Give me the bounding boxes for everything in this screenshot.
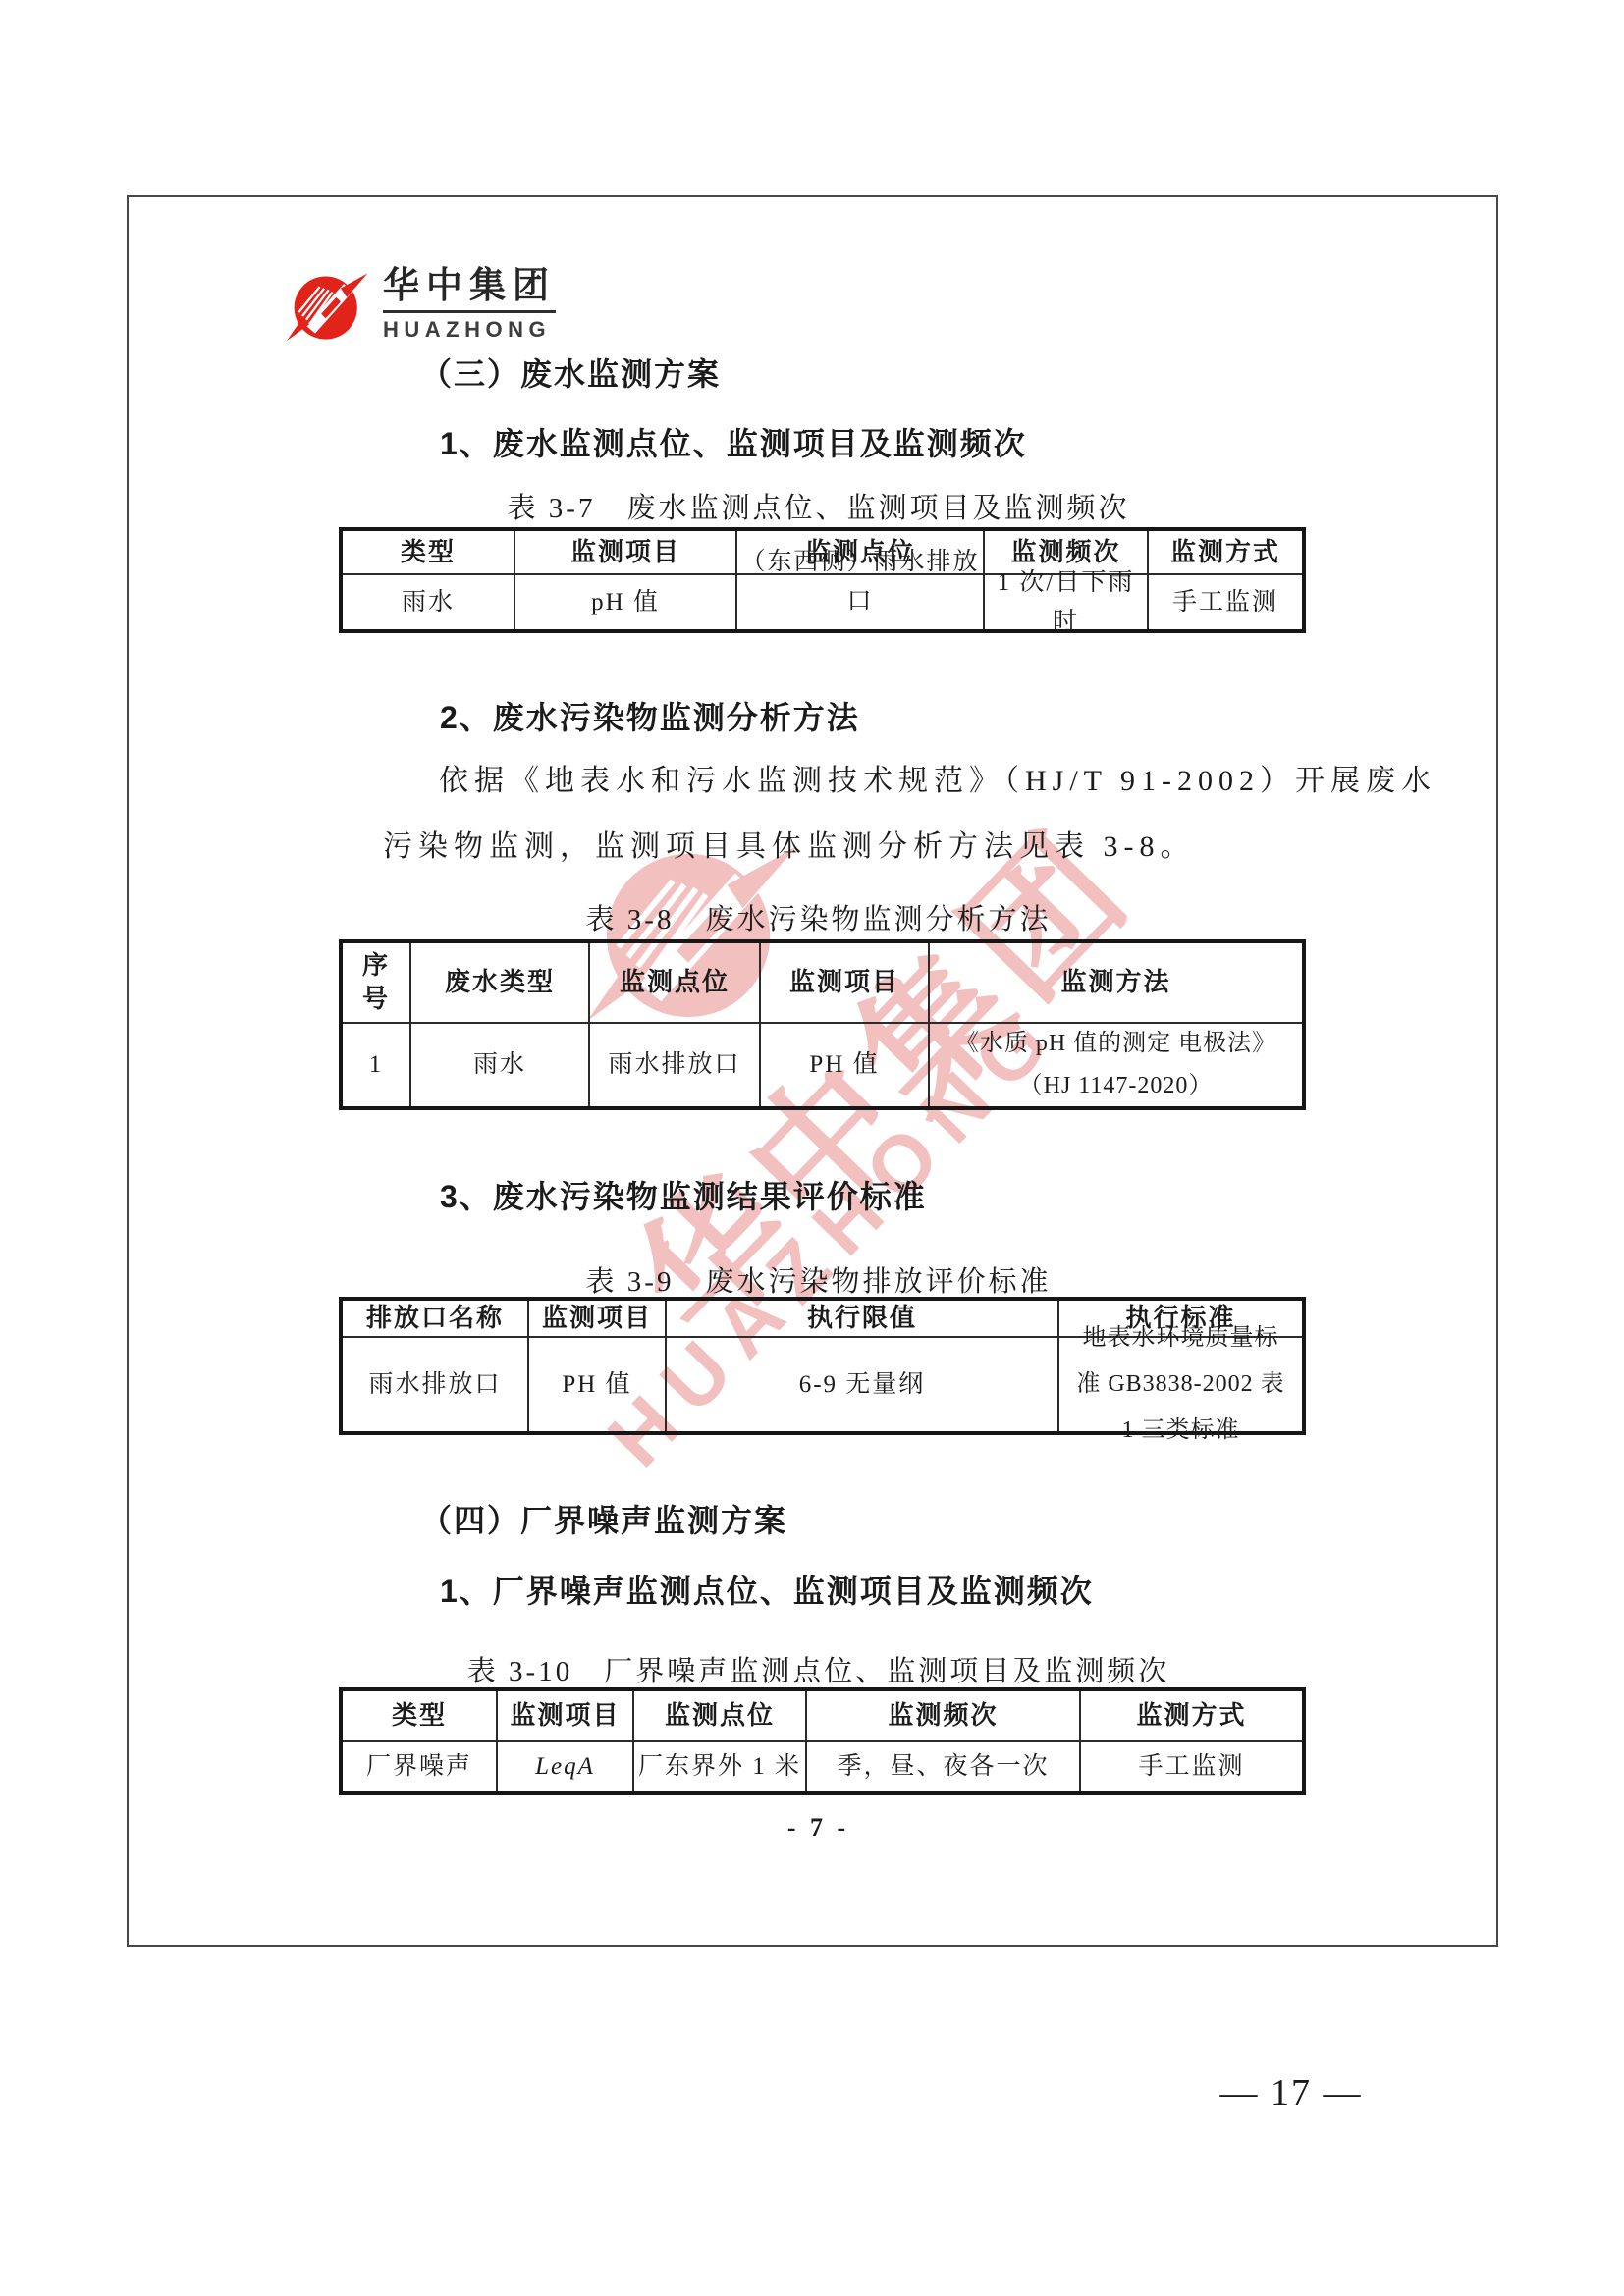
subheading-analysis-method: 2、废水污染物监测分析方法 bbox=[440, 693, 860, 738]
table-3-10-title: 表 3-10 厂界噪声监测点位、监测项目及监测频次 bbox=[339, 1649, 1298, 1689]
subheading-wastewater-points: 1、废水监测点位、监测项目及监测频次 bbox=[440, 419, 1027, 464]
t38-header-wastewater-type: 废水类型 bbox=[411, 943, 590, 1024]
t39-cell-limit: 6-9 无量纲 bbox=[667, 1338, 1059, 1431]
t310-cell-point: 厂东界外 1 米 bbox=[634, 1742, 807, 1791]
table-3-10: 类型 监测项目 监测点位 监测频次 监测方式 厂界噪声 LeqA 厂东界外 1 … bbox=[339, 1687, 1306, 1795]
t39-header-item: 监测项目 bbox=[529, 1301, 667, 1338]
t310-header-frequency: 监测频次 bbox=[807, 1691, 1081, 1742]
document-page-number: - 7 - bbox=[339, 1813, 1298, 1842]
t38-cell-method: 《水质 pH 值的测定 电极法》（HJ 1147-2020） bbox=[930, 1024, 1302, 1106]
t38-header-method: 监测方法 bbox=[930, 943, 1302, 1024]
company-logo-icon bbox=[287, 267, 369, 346]
t37-cell-point: （东西侧）雨水排放口 bbox=[737, 575, 985, 629]
t310-header-type: 类型 bbox=[343, 1691, 498, 1742]
section-heading-wastewater-plan: （三）废水监测方案 bbox=[420, 349, 721, 395]
t38-header-point: 监测点位 bbox=[590, 943, 761, 1024]
t37-cell-frequency: 1 次/日下雨时 bbox=[985, 575, 1149, 629]
company-name-en: HUAZHONG bbox=[383, 317, 556, 343]
t38-cell-index: 1 bbox=[343, 1024, 411, 1106]
company-name-cn: 华中集团 bbox=[383, 267, 556, 313]
subheading-noise-points: 1、厂界噪声监测点位、监测项目及监测频次 bbox=[440, 1567, 1094, 1612]
paragraph-line-1: 依据《地表水和污水监测技术规范》（HJ/T 91-2002）开展废水 bbox=[439, 756, 1436, 799]
table-3-7: 类型 监测项目 监测点位 监测频次 监测方式 雨水 pH 值 （东西侧）雨水排放… bbox=[339, 527, 1306, 633]
t37-header-item: 监测项目 bbox=[515, 531, 737, 575]
company-logo: 华中集团 HUAZHONG bbox=[287, 267, 556, 346]
t310-header-point: 监测点位 bbox=[634, 1691, 807, 1742]
t310-cell-type: 厂界噪声 bbox=[343, 1742, 498, 1791]
t39-cell-outlet: 雨水排放口 bbox=[343, 1338, 529, 1431]
t38-cell-point: 雨水排放口 bbox=[590, 1024, 761, 1106]
section-heading-noise-plan: （四）厂界噪声监测方案 bbox=[420, 1496, 787, 1541]
t38-header-index: 序号 bbox=[343, 943, 411, 1024]
t310-header-method: 监测方式 bbox=[1081, 1691, 1302, 1742]
t39-header-outlet: 排放口名称 bbox=[343, 1301, 529, 1338]
table-3-8: 序号 废水类型 监测点位 监测项目 监测方法 1 雨水 雨水排放口 PH 值 《… bbox=[339, 939, 1306, 1110]
t39-header-limit: 执行限值 bbox=[667, 1301, 1059, 1338]
scan-page-number: — 17 — bbox=[1173, 2071, 1409, 2114]
t310-header-item: 监测项目 bbox=[498, 1691, 634, 1742]
t37-cell-item: pH 值 bbox=[515, 575, 737, 629]
t37-cell-type: 雨水 bbox=[343, 575, 515, 629]
t310-cell-method: 手工监测 bbox=[1081, 1742, 1302, 1791]
company-logo-text: 华中集团 HUAZHONG bbox=[383, 267, 556, 343]
t37-cell-method: 手工监测 bbox=[1149, 575, 1302, 629]
t37-header-method: 监测方式 bbox=[1149, 531, 1302, 575]
table-3-7-title: 表 3-7 废水监测点位、监测项目及监测频次 bbox=[339, 486, 1298, 526]
table-3-8-title: 表 3-8 废水污染物监测分析方法 bbox=[339, 897, 1298, 937]
subheading-evaluation-standard: 3、废水污染物监测结果评价标准 bbox=[440, 1172, 927, 1217]
table-3-9: 排放口名称 监测项目 执行限值 执行标准 雨水排放口 PH 值 6-9 无量纲 … bbox=[339, 1297, 1306, 1435]
t38-cell-wastewater-type: 雨水 bbox=[411, 1024, 590, 1106]
table-3-9-title: 表 3-9 废水污染物排放评价标准 bbox=[339, 1259, 1298, 1300]
scanned-document-page: { "colors": { "accent_red": "#e2231a", "… bbox=[0, 0, 1624, 2296]
t39-cell-standard: 地表水环境质量标准 GB3838-2002 表 1 三类标准 bbox=[1059, 1338, 1302, 1431]
t37-header-type: 类型 bbox=[343, 531, 515, 575]
t38-header-item: 监测项目 bbox=[761, 943, 930, 1024]
t39-cell-item: PH 值 bbox=[529, 1338, 667, 1431]
paragraph-line-2: 污染物监测，监测项目具体监测分析方法见表 3-8。 bbox=[383, 822, 1196, 865]
t38-cell-item: PH 值 bbox=[761, 1024, 930, 1106]
t310-cell-item: LeqA bbox=[498, 1742, 634, 1791]
t310-cell-frequency: 季，昼、夜各一次 bbox=[807, 1742, 1081, 1791]
